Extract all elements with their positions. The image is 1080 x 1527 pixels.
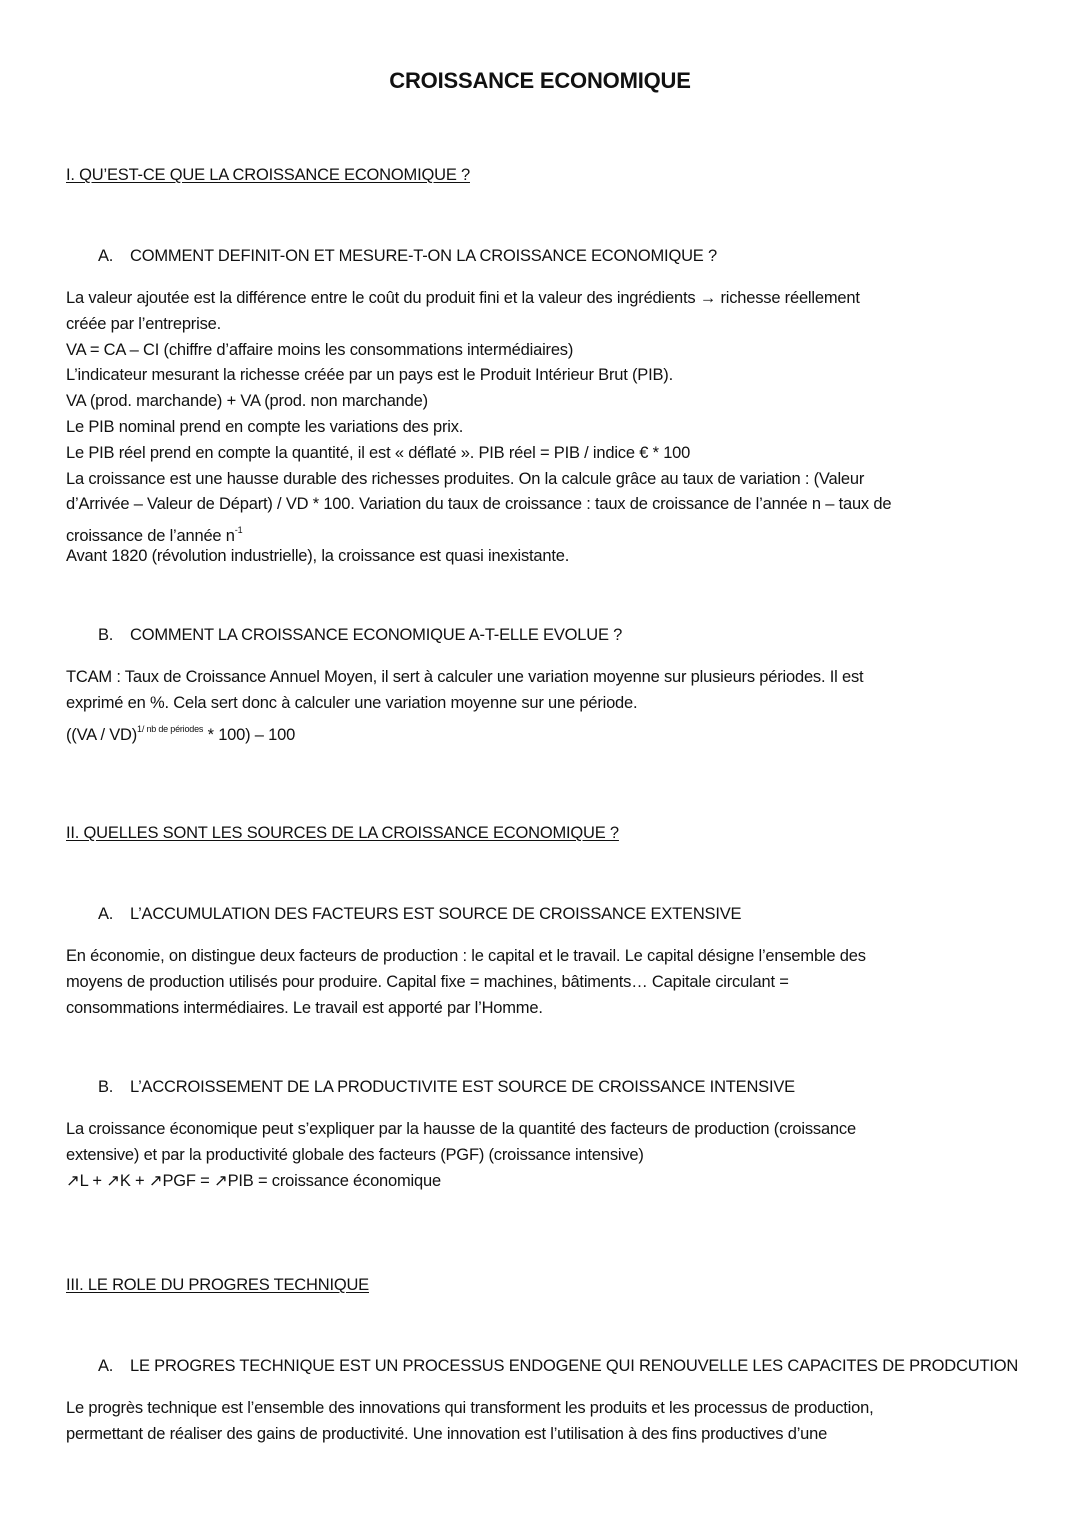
subsection-heading-2a: A.L’ACCUMULATION DES FACTEURS EST SOURCE… [98, 905, 741, 924]
text-line: Le PIB nominal prend en compte les varia… [66, 415, 1006, 441]
subsection-title: L’ACCUMULATION DES FACTEURS EST SOURCE D… [130, 905, 741, 923]
document-page: CROISSANCE ECONOMIQUE I. QU’EST-CE QUE L… [0, 0, 1080, 1527]
text-line: moyens de production utilisés pour produ… [66, 970, 1006, 996]
text-line: En économie, on distingue deux facteurs … [66, 944, 1006, 970]
paragraph-2a: En économie, on distingue deux facteurs … [66, 944, 1006, 1021]
subsection-marker: A. [98, 905, 130, 924]
paragraph-3a: Le progrès technique est l’ensemble des … [66, 1396, 1006, 1448]
subsection-title: LE PROGRES TECHNIQUE EST UN PROCESSUS EN… [130, 1357, 1018, 1375]
section-heading-2: II. QUELLES SONT LES SOURCES DE LA CROIS… [66, 824, 619, 843]
text-line: consommations intermédiaires. Le travail… [66, 996, 1006, 1022]
subsection-heading-1b: B.COMMENT LA CROISSANCE ECONOMIQUE A-T-E… [98, 626, 622, 645]
growth-formula: ↗L + ↗K + ↗PGF = ↗PIB = croissance écono… [66, 1169, 1006, 1195]
text-line: permettant de réaliser des gains de prod… [66, 1422, 1006, 1448]
subsection-title: COMMENT LA CROISSANCE ECONOMIQUE A-T-ELL… [130, 626, 622, 644]
text-line: VA (prod. marchande) + VA (prod. non mar… [66, 389, 1006, 415]
paragraph-2b: La croissance économique peut s’explique… [66, 1117, 1006, 1194]
text-line: extensive) et par la productivité global… [66, 1143, 1006, 1169]
text-line: Le PIB réel prend en compte la quantité,… [66, 441, 1006, 467]
subsection-marker: A. [98, 1357, 130, 1376]
text-line: créée par l’entreprise. [66, 312, 1006, 338]
subsection-heading-1a: A.COMMENT DEFINIT-ON ET MESURE-T-ON LA C… [98, 247, 717, 266]
text-line: La croissance économique peut s’explique… [66, 1117, 1006, 1143]
text-line: Le progrès technique est l’ensemble des … [66, 1396, 1006, 1422]
subsection-title: COMMENT DEFINIT-ON ET MESURE-T-ON LA CRO… [130, 247, 717, 265]
subsection-heading-2b: B.L’ACCROISSEMENT DE LA PRODUCTIVITE EST… [98, 1078, 795, 1097]
subsection-heading-3a: A.LE PROGRES TECHNIQUE EST UN PROCESSUS … [98, 1357, 1018, 1376]
text-line-with-exponent: croissance de l’année n-1 [66, 518, 1006, 544]
text-line: d’Arrivée – Valeur de Départ) / VD * 100… [66, 492, 1006, 518]
text-line: La croissance est une hausse durable des… [66, 467, 1006, 493]
subsection-marker: A. [98, 247, 130, 266]
paragraph-1a: La valeur ajoutée est la différence entr… [66, 286, 1006, 570]
section-heading-1: I. QU’EST-CE QUE LA CROISSANCE ECONOMIQU… [66, 166, 470, 185]
text-line: La valeur ajoutée est la différence entr… [66, 286, 1006, 312]
subsection-title: L’ACCROISSEMENT DE LA PRODUCTIVITE EST S… [130, 1078, 795, 1096]
section-heading-3: III. LE ROLE DU PROGRES TECHNIQUE [66, 1276, 369, 1295]
document-title: CROISSANCE ECONOMIQUE [0, 68, 1080, 94]
text-line: TCAM : Taux de Croissance Annuel Moyen, … [66, 665, 1006, 691]
subsection-marker: B. [98, 1078, 130, 1097]
text-line: Avant 1820 (révolution industrielle), la… [66, 544, 1006, 570]
text-line: exprimé en %. Cela sert donc à calculer … [66, 691, 1006, 717]
exponent: -1 [235, 525, 243, 535]
formula-exponent: 1/ nb de périodes [137, 724, 203, 734]
tcam-formula: ((VA / VD)1/ nb de périodes * 100) – 100 [66, 717, 1006, 743]
paragraph-1b: TCAM : Taux de Croissance Annuel Moyen, … [66, 665, 1006, 742]
subsection-marker: B. [98, 626, 130, 645]
text-line: L’indicateur mesurant la richesse créée … [66, 363, 1006, 389]
text-line: VA = CA – CI (chiffre d’affaire moins le… [66, 338, 1006, 364]
